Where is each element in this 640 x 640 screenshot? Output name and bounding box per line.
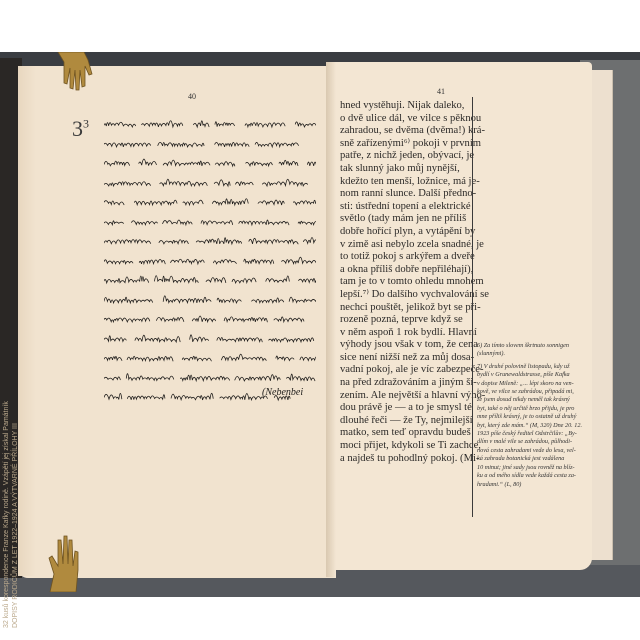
body-line: lepší.⁷⁾ Do dalšího vychvalování se <box>340 289 468 302</box>
body-line: o dvě ulice dál, ve vilce s pěknou <box>340 113 468 126</box>
body-line: dou právě je — a to je smysl té <box>340 402 468 415</box>
handwritten-line <box>104 112 316 132</box>
handwritten-line <box>104 249 316 269</box>
body-line: sti: ústřední topení a elektrické <box>340 201 468 214</box>
letter-number-main: 3 <box>72 116 83 141</box>
body-line: v něm aspoň 1 rok bydlí. Hlavní <box>340 327 468 340</box>
handwritten-line <box>104 327 316 347</box>
handwritten-line <box>104 151 316 171</box>
body-line: matko, sem teď opravdu budeš <box>340 427 468 440</box>
brass-hand-bottom-icon <box>40 530 86 592</box>
spine-line-1: 32 kusů korespondence Franze Kafky rodin… <box>2 128 11 628</box>
footnote-line: kově, ve vilce se zahrádou, připadá mi, <box>477 388 585 396</box>
handwritten-line <box>104 288 316 308</box>
footnote-line: mne příliš krásný, je to ostatně už druh… <box>477 413 585 421</box>
footnote-line: ká zahrada botanická jest vzdálena <box>477 455 585 463</box>
body-line: vadní pokoj, ale je víc zabezpeče- <box>340 364 468 377</box>
body-line: dlouhé řeči — že Ty, nejmilejší <box>340 415 468 428</box>
handwritten-line <box>104 229 316 249</box>
body-line: dobře hořící plyn, a vytápění by <box>340 226 468 239</box>
footnote-line: ku a od mého sídla vede každá cesta za- <box>477 472 585 480</box>
handwritten-line <box>104 171 316 191</box>
body-line: na před zdražováním a jiným ši- <box>340 377 468 390</box>
letter-number: 33 <box>72 116 89 142</box>
footnote-line: nová cesta zahradami vede do lesa, vel- <box>477 447 585 455</box>
handwritten-line <box>104 366 316 386</box>
page-stack-right <box>590 70 613 560</box>
footnote-line: dlím v malé vile se zahrádou, půlhodi- <box>477 438 585 446</box>
body-line: sice není nižší než za můj dosa- <box>340 352 468 365</box>
footnote-divider-rule <box>472 97 473 517</box>
body-line: a okna příliš dobře nepřiléhají), <box>340 264 468 277</box>
handwritten-closing-word: (Nebenbei <box>262 387 303 398</box>
footnote-line: v dopise Mileně: „... lépi skoro na ven- <box>477 380 585 388</box>
handwritten-line <box>104 268 316 288</box>
body-line: rozeně pozná, teprve když se <box>340 314 468 327</box>
left-page-number: 40 <box>188 92 196 101</box>
body-line: hned vystěhuji. Nijak daleko, <box>340 100 468 113</box>
book-gutter <box>326 62 336 577</box>
footnote-line: byt, který zde mám.“ (M, 320) Dne 20. 12… <box>477 422 585 430</box>
printed-translation-text: hned vystěhuji. Nijak daleko,o dvě ulice… <box>340 100 468 465</box>
handwritten-letter-facsimile <box>104 112 316 405</box>
brass-hand-top-icon <box>52 52 96 108</box>
body-line: kdežto ten menší, ložnice, má je- <box>340 176 468 189</box>
body-line: patře, z nichž jeden, obývací, je <box>340 150 468 163</box>
body-line: sně zařízenými⁶⁾ pokoji v prvním <box>340 138 468 151</box>
footnotes: 6) Za tímto slovem škrtnuto sonnigen(slu… <box>477 342 585 489</box>
footnote-line: 10 minut; jiné sady jsou rovněž na blíz- <box>477 464 585 472</box>
footnote-line: 1923 píše český ředitel Odstrčilův: „By- <box>477 430 585 438</box>
footnote-line: že jsem dosud nikdy neměl tak krásný <box>477 396 585 404</box>
letter-number-superscript: 3 <box>83 117 89 131</box>
footnote-line: 6) Za tímto slovem škrtnuto sonnigen <box>477 342 585 350</box>
body-line: nechci pouštět, jelikož byt se při- <box>340 302 468 315</box>
handwritten-line <box>104 190 316 210</box>
footnote-line: bydlí v Grunewaldstrasse, píše Kafka <box>477 371 585 379</box>
body-line: moci přijet, kdykoli se Ti zachce, <box>340 440 468 453</box>
handwritten-line <box>104 132 316 152</box>
body-line: tam je to v tomto ohledu mnohem <box>340 276 468 289</box>
footnote-line: hradami.“ (L, 80) <box>477 481 585 489</box>
body-line: v zimě asi nebylo zcela snadné, je <box>340 239 468 252</box>
body-line: tak slunný jako můj nynější, <box>340 163 468 176</box>
body-line: to totiž pokoj s arkýřem a dveře <box>340 251 468 264</box>
footnote-line: byt, také o něj určitě brzo přijdu, je p… <box>477 405 585 413</box>
body-line: zahradou, se dvěma (dvěma!) krá- <box>340 125 468 138</box>
handwritten-line <box>104 210 316 230</box>
footnote-line: (slunnými). <box>477 350 585 358</box>
handwritten-line <box>104 307 316 327</box>
body-line: nom ranní slunce. Další předno- <box>340 188 468 201</box>
footnote-line: 7) V druhé polovině listopadu, kdy už <box>477 363 585 371</box>
body-line: a najdeš tu pohodlný pokoj. (Mi- <box>340 453 468 466</box>
handwritten-line <box>104 346 316 366</box>
body-line: zením. Ale největší a hlavní výho- <box>340 390 468 403</box>
body-line: světlo (tady mám jen ne příliš <box>340 213 468 226</box>
right-page-number: 41 <box>437 87 445 96</box>
body-line: výhody jsou však v tom, že cena <box>340 339 468 352</box>
left-page-edge <box>18 66 36 576</box>
